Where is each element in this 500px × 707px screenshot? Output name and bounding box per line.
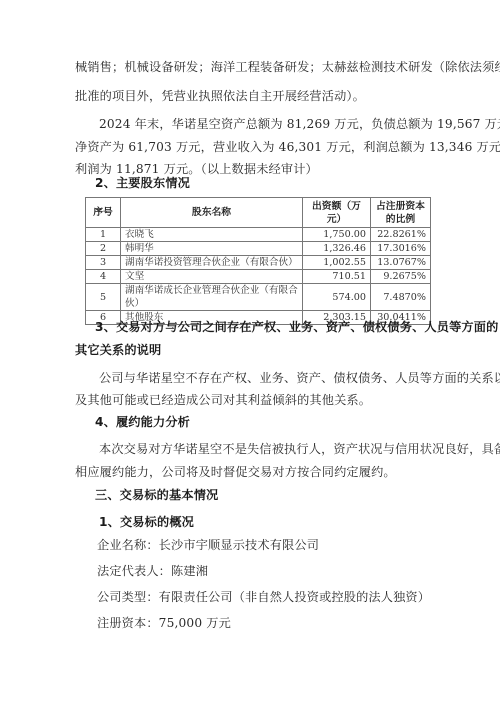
table-row: 3 湖南华诺投资管理合伙企业（有限合伙） 1,002.55 13.0767% xyxy=(86,256,431,270)
cell-ratio: 13.0767% xyxy=(371,256,431,270)
performance-body-line-2: 相应履约能力，公司将及时督促交易对方按合同约定履约。 xyxy=(75,463,396,480)
cell-name: 湖南华诺成长企业管理合伙企业（有限合伙） xyxy=(121,284,303,311)
cell-ratio: 9.2675% xyxy=(371,270,431,284)
performance-body-line-1: 本次交易对方华诺星空不是失信被执行人，资产状况与信用状况良好，具备 xyxy=(99,440,500,457)
cell-amount: 1,326.46 xyxy=(303,242,371,256)
cell-no: 1 xyxy=(86,228,121,242)
cell-amount: 1,002.55 xyxy=(303,256,371,270)
col-header-name: 股东名称 xyxy=(121,198,303,228)
cell-ratio: 7.4870% xyxy=(371,284,431,311)
business-scope-line-1: 械销售；机械设备研发；海洋工程装备研发；太赫兹检测技术研发（除依法须经 xyxy=(75,58,500,75)
financials-line-1: 2024 年末，华诺星空资产总额为 81,269 万元，负债总额为 19,567… xyxy=(99,115,500,132)
table-row: 4 文坚 710.51 9.2675% xyxy=(86,270,431,284)
field-legal-representative: 法定代表人：陈建湘 xyxy=(97,562,208,579)
field-registered-capital: 注册资本：75,000 万元 xyxy=(97,614,231,631)
col-header-ratio: 占注册资本 的比例 xyxy=(371,198,431,228)
table-row: 2 韩明华 1,326.46 17.3016% xyxy=(86,242,431,256)
cell-ratio: 22.8261% xyxy=(371,228,431,242)
table-row: 1 衣晓飞 1,750.00 22.8261% xyxy=(86,228,431,242)
cell-amount: 574.00 xyxy=(303,284,371,311)
cell-no: 5 xyxy=(86,284,121,311)
section-heading-shareholders: 2、主要股东情况 xyxy=(95,174,190,191)
section-heading-relations-line-2: 其它关系的说明 xyxy=(75,341,161,358)
cell-name: 衣晓飞 xyxy=(121,228,303,242)
table-row: 5 湖南华诺成长企业管理合伙企业（有限合伙） 574.00 7.4870% xyxy=(86,284,431,311)
relations-body-line-2: 及其他可能或已经造成公司对其利益倾斜的其他关系。 xyxy=(75,391,371,408)
chapter-heading-target: 三、交易标的基本情况 xyxy=(95,486,218,503)
document-page: 械销售；机械设备研发；海洋工程装备研发；太赫兹检测技术研发（除依法须经 批准的项… xyxy=(0,0,500,707)
business-scope-line-2: 批准的项目外，凭营业执照依法自主开展经营活动）。 xyxy=(75,87,365,104)
col-header-ratio-line2: 的比例 xyxy=(375,213,426,226)
cell-amount: 1,750.00 xyxy=(303,228,371,242)
cell-no: 4 xyxy=(86,270,121,284)
col-header-ratio-line1: 占注册资本 xyxy=(375,200,426,213)
cell-name: 湖南华诺投资管理合伙企业（有限合伙） xyxy=(121,256,303,270)
sub-heading-target-overview: 1、交易标的概况 xyxy=(99,513,194,530)
cell-amount: 710.51 xyxy=(303,270,371,284)
table-header-row: 序号 股东名称 出资额（万元） 占注册资本 的比例 xyxy=(86,198,431,228)
relations-body-line-1: 公司与华诺星空不存在产权、业务、资产、债权债务、人员等方面的关系以 xyxy=(99,369,500,386)
col-header-amount: 出资额（万元） xyxy=(303,198,371,228)
cell-ratio: 17.3016% xyxy=(371,242,431,256)
cell-no: 2 xyxy=(86,242,121,256)
cell-name: 韩明华 xyxy=(121,242,303,256)
field-company-type: 公司类型：有限责任公司（非自然人投资或控股的法人独资） xyxy=(97,588,430,605)
section-heading-performance: 4、履约能力分析 xyxy=(95,413,190,430)
financials-line-2: 净资产为 61,703 万元，营业收入为 46,301 万元，利润总额为 13,… xyxy=(75,138,500,155)
col-header-no: 序号 xyxy=(86,198,121,228)
cell-no: 3 xyxy=(86,256,121,270)
cell-name: 文坚 xyxy=(121,270,303,284)
section-heading-relations-line-1: 3、交易对方与公司之间存在产权、业务、资产、债权债务、人员等方面的 xyxy=(95,318,498,335)
field-company-name: 企业名称：长沙市宇顺显示技术有限公司 xyxy=(97,536,319,553)
shareholder-table: 序号 股东名称 出资额（万元） 占注册资本 的比例 1 衣晓飞 1,750.00… xyxy=(85,197,431,325)
